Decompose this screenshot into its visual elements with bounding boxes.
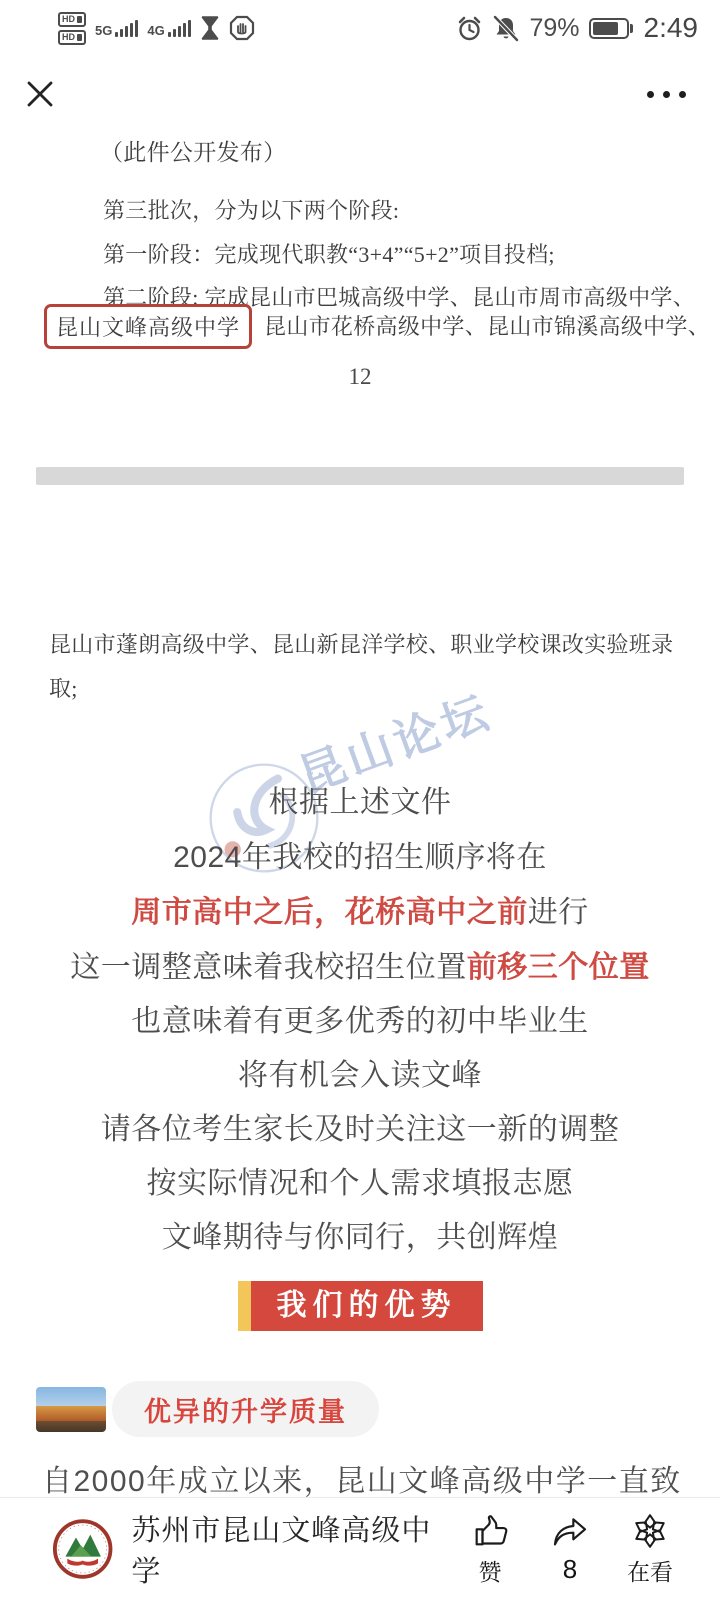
- status-right-cluster: 79% 2:49: [456, 12, 698, 44]
- wow-icon: [630, 1511, 670, 1551]
- battery-percent: 79%: [529, 14, 579, 43]
- wechat-article-screen: HD HD 5G 4G: [0, 0, 720, 1600]
- nav-bar: [0, 56, 720, 128]
- hourglass-icon: [200, 16, 220, 40]
- account-name: 苏州市昆山文峰高级中学: [131, 1508, 458, 1590]
- announcement-line: 2024年我校的招生顺序将在: [0, 840, 720, 876]
- sim2-signal-icon: 4G: [147, 20, 190, 37]
- doc-continue-line2: 取;: [49, 674, 78, 704]
- announcement-line: 文峰期待与你同行，共创辉煌: [0, 1220, 720, 1256]
- school-photo-thumbnail: [36, 1387, 106, 1432]
- account-link[interactable]: 苏州市昆山文峰高级中学: [52, 1508, 458, 1590]
- announcement-line: 按实际情况和个人需求填报志愿: [0, 1166, 720, 1202]
- yellow-stripe: [238, 1281, 251, 1331]
- status-left-cluster: HD HD 5G 4G: [58, 12, 255, 45]
- section-badge: 优异的升学质量: [112, 1381, 379, 1437]
- hd2-icon: HD: [58, 30, 86, 45]
- doc-stage2-line-cont: 昆山市花桥高级中学、昆山市锦溪高级中学、: [264, 312, 710, 342]
- announcement-line: 请各位考生家长及时关注这一新的调整: [0, 1112, 720, 1148]
- more-icon: [647, 91, 654, 98]
- doc-stage1-line: 第一阶段：完成现代职教“3+4”“5+2”项目投档;: [103, 240, 555, 270]
- close-icon: [24, 78, 56, 110]
- doc-batch-line: 第三批次，分为以下两个阶段:: [103, 196, 399, 226]
- announcement-line: 根据上述文件: [0, 785, 720, 821]
- mute-icon: [492, 15, 520, 42]
- share-count: 8: [563, 1554, 577, 1585]
- battery-icon: [589, 18, 633, 39]
- doc-page-number: 12: [0, 364, 720, 390]
- school-logo: [52, 1518, 113, 1580]
- sim1-signal-icon: 5G: [95, 20, 138, 37]
- close-button[interactable]: [18, 72, 62, 116]
- announcement-line: 这一调整意味着我校招生位置前移三个位置: [0, 950, 720, 986]
- like-button[interactable]: 赞: [458, 1511, 522, 1587]
- do-not-disturb-icon: [229, 15, 255, 41]
- wow-button[interactable]: 在看: [618, 1511, 682, 1587]
- footer-bar: 苏州市昆山文峰高级中学 赞 8: [0, 1497, 720, 1600]
- hd-badges: HD HD: [58, 12, 86, 45]
- scan-divider-bar: [36, 467, 684, 485]
- doc-publish-note: （此件公开发布）: [100, 138, 286, 168]
- article-scroll-area[interactable]: （此件公开发布） 第三批次，分为以下两个阶段: 第一阶段：完成现代职教“3+4”…: [0, 128, 720, 1497]
- wow-label: 在看: [627, 1554, 673, 1587]
- status-bar: HD HD 5G 4G: [0, 0, 720, 56]
- announcement-line: 将有机会入读文峰: [0, 1058, 720, 1094]
- announcement-line: 周市高中之后，花桥高中之前进行: [0, 895, 720, 931]
- more-button[interactable]: [638, 72, 694, 116]
- highlight-box: 昆山文峰高级中学: [44, 304, 252, 349]
- paragraph-start: 自2000年成立以来，昆山文峰高级中学一直致: [42, 1462, 682, 1502]
- doc-continue-line: 昆山市蓬朗高级中学、昆山新昆洋学校、职业学校课改实验班录: [49, 630, 673, 660]
- hd1-icon: HD: [58, 12, 86, 27]
- share-button[interactable]: 8: [538, 1511, 602, 1587]
- advantages-header-row: 我们的优势: [0, 1281, 720, 1331]
- like-icon: [470, 1511, 510, 1551]
- share-icon: [550, 1511, 590, 1551]
- status-time: 2:49: [644, 12, 699, 44]
- announcement-line: 也意味着有更多优秀的初中毕业生: [0, 1004, 720, 1040]
- footer-actions: 赞 8 在看: [458, 1511, 682, 1587]
- alarm-icon: [456, 15, 483, 42]
- doc-stage2-continued-row: 昆山文峰高级中学 昆山市花桥高级中学、昆山市锦溪高级中学、: [44, 304, 710, 349]
- like-label: 赞: [479, 1554, 502, 1587]
- advantages-title-button: 我们的优势: [251, 1281, 483, 1331]
